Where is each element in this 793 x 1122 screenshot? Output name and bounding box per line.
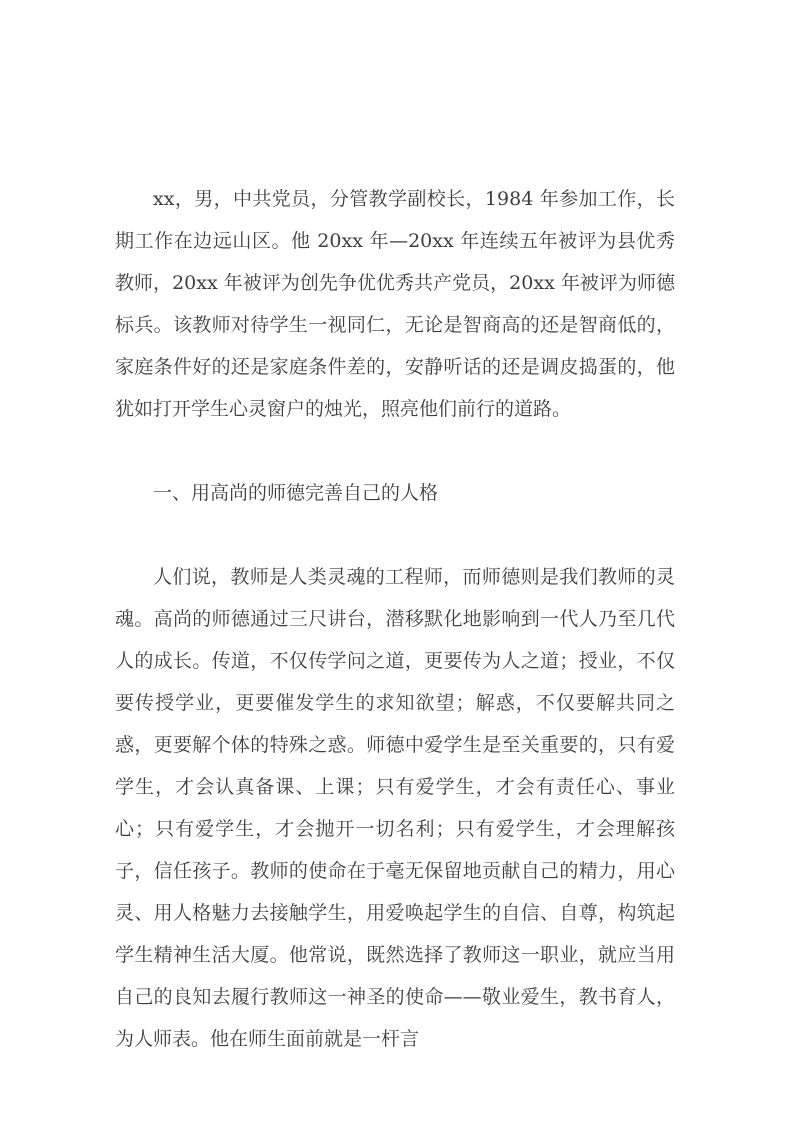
paragraph-teacher-intro: xx，男，中共党员，分管教学副校长，1984 年参加工作，长期工作在边远山区。他… [115, 178, 675, 430]
section-heading-shide: 一、用高尚的师德完善自己的人格 [115, 472, 675, 514]
paragraph-section-body: 人们说，教师是人类灵魂的工程师，而师德则是我们教师的灵魂。高尚的师德通过三尺讲台… [115, 556, 675, 1060]
document-page: xx，男，中共党员，分管教学副校长，1984 年参加工作，长期工作在边远山区。他… [0, 0, 793, 1122]
